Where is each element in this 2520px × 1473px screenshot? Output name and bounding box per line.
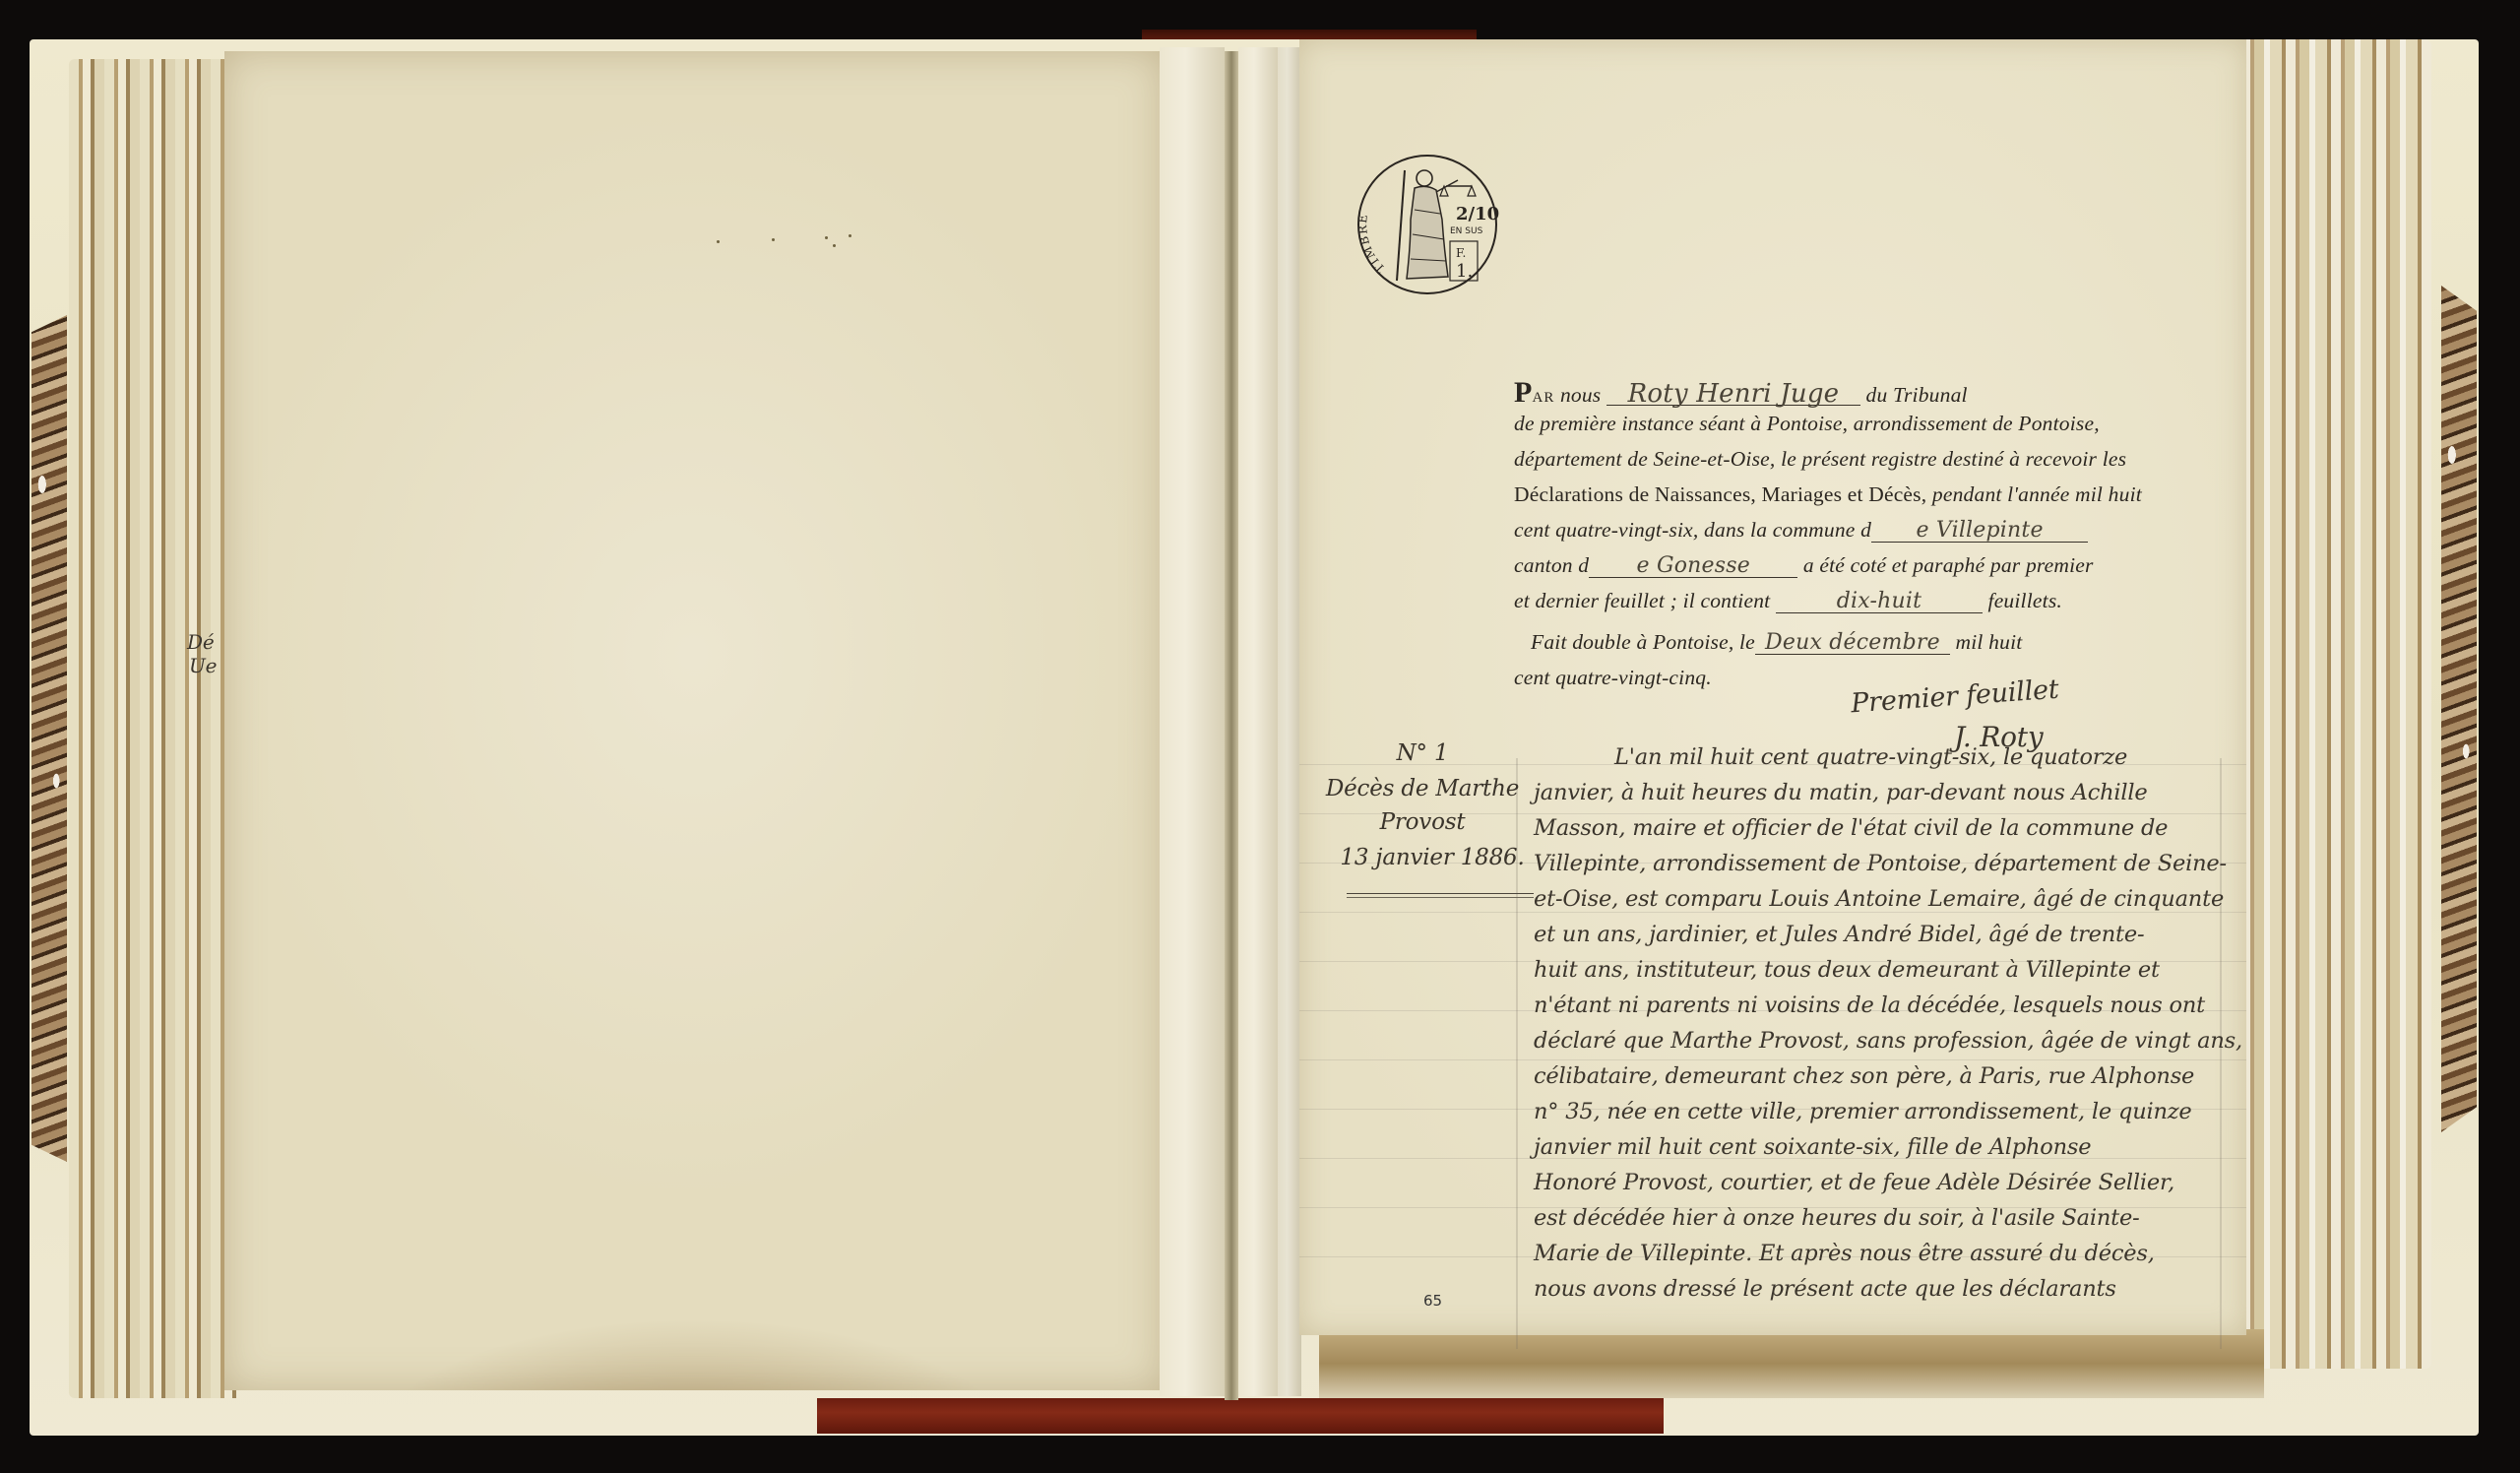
- judge-name-field: Roty Henri Juge: [1606, 383, 1860, 406]
- form-line-4: Déclarations de Naissances, Mariages et …: [1514, 482, 2164, 507]
- act-line: nous avons dressé le présent acte que le…: [1534, 1276, 2116, 1302]
- act-line: Villepinte, arrondissement de Pontoise, …: [1534, 851, 2227, 876]
- form-word: canton d: [1514, 553, 1589, 577]
- stamp-tax-note: EN SUS: [1450, 226, 1483, 236]
- entry-date: 13 janvier 1886.: [1334, 845, 1531, 870]
- margin-rule: [2220, 758, 2222, 1349]
- gutter-flap-left: [1160, 47, 1225, 1396]
- canton-field: e Gonesse: [1589, 555, 1797, 578]
- act-line: Honoré Provost, courtier, et de feue Adè…: [1534, 1170, 2174, 1195]
- act-line: célibataire, demeurant chez son père, à …: [1534, 1063, 2194, 1089]
- act-line: Masson, maire et officier de l'état civi…: [1534, 815, 2168, 841]
- spine-bottom-edge: [817, 1398, 1664, 1434]
- paper-speck: [717, 240, 720, 243]
- gutter-shadow: [1225, 51, 1238, 1400]
- paper-speck: [849, 234, 851, 237]
- entry-name: Provost: [1324, 809, 1521, 835]
- page-stack-right: [2225, 39, 2431, 1369]
- form-word: a été coté et paraphé par premier: [1803, 553, 2094, 577]
- entry-number: N° 1: [1324, 740, 1521, 766]
- paper-speck: [825, 236, 828, 239]
- form-word: du Tribunal: [1866, 383, 1968, 407]
- stamp-unit: F.: [1456, 246, 1466, 260]
- stamp-value: 1.: [1456, 261, 1473, 282]
- page-stack-left: [69, 59, 236, 1398]
- act-line: et-Oise, est comparu Louis Antoine Lemai…: [1534, 886, 2224, 912]
- underlying-pages: [1319, 1329, 2264, 1398]
- paper-speck: [772, 238, 775, 241]
- form-word: cent quatre-vingt-six, dans la commune d: [1514, 518, 1871, 542]
- form-italic-text: pendant l'année mil huit: [1932, 482, 2142, 506]
- form-word: mil huit: [1956, 630, 2023, 654]
- form-line-3: département de Seine-et-Oise, le présent…: [1514, 447, 2164, 472]
- edge-fragment: Ue: [189, 654, 217, 677]
- left-page-blank[interactable]: [224, 51, 1162, 1390]
- form-line-1: PAR nous Roty Henri Juge du Tribunal: [1514, 376, 2164, 410]
- stamp-label: TIMBRE: [1355, 213, 1388, 276]
- form-word: feuillets.: [1988, 589, 2062, 612]
- act-line: déclaré que Marthe Provost, sans profess…: [1534, 1028, 2242, 1054]
- svg-text:TIMBRE: TIMBRE: [1355, 213, 1388, 276]
- edge-fragment: Dé: [187, 630, 214, 654]
- stamp-tax: 2/10: [1456, 204, 1499, 224]
- act-line: huit ans, instituteur, tous deux demeura…: [1534, 957, 2160, 983]
- tax-stamp-icon: TIMBRE 2/10 EN SUS F. 1.: [1354, 151, 1501, 298]
- leaf-count-field: dix-huit: [1776, 591, 1983, 613]
- commune-field: e Villepinte: [1871, 520, 2088, 543]
- drop-letter: P: [1514, 376, 1533, 409]
- act-line: janvier mil huit cent soixante-six, fill…: [1534, 1134, 2091, 1160]
- form-roman-text: Déclarations de Naissances, Mariages et …: [1514, 482, 1926, 506]
- act-line: janvier, à huit heures du matin, par-dev…: [1534, 780, 2148, 805]
- act-line: n'étant ni parents ni voisins de la décé…: [1534, 993, 2205, 1018]
- entry-title: Décès de Marthe: [1324, 776, 1521, 801]
- paper-speck: [833, 244, 836, 247]
- form-word: et dernier feuillet ; il contient: [1514, 589, 1770, 612]
- form-word: nous: [1560, 383, 1601, 407]
- form-line-5: cent quatre-vingt-six, dans la commune d…: [1514, 518, 2164, 543]
- gutter-flap-inner: [1278, 47, 1301, 1396]
- marbled-endpaper-right: [2441, 286, 2477, 1132]
- marbled-endpaper-left: [31, 315, 67, 1162]
- form-line-6: canton de Gonesse a été coté et paraphé …: [1514, 553, 2164, 578]
- page-number: 65: [1423, 1292, 1442, 1310]
- entry-underline: [1347, 893, 1534, 898]
- form-line-7: et dernier feuillet ; il contient dix-hu…: [1514, 589, 2164, 613]
- form-word: Fait double à Pontoise, le: [1531, 630, 1755, 654]
- form-line-8: Fait double à Pontoise, leDeux décembre …: [1531, 630, 2180, 655]
- act-line: Marie de Villepinte. Et après nous être …: [1534, 1241, 2155, 1266]
- form-line-9: cent quatre-vingt-cinq.: [1514, 666, 2164, 690]
- drop-letter-rest: AR: [1533, 390, 1555, 406]
- ruled-line: [1299, 912, 2246, 913]
- ruled-line: [1299, 1059, 2246, 1060]
- act-line: et un ans, jardinier, et Jules André Bid…: [1534, 922, 2144, 947]
- act-line: est décédée hier à onze heures du soir, …: [1534, 1205, 2140, 1231]
- act-line: n° 35, née en cette ville, premier arron…: [1534, 1099, 2192, 1124]
- act-line: L'an mil huit cent quatre-vingt-six, le …: [1614, 744, 2127, 770]
- date-field: Deux décembre: [1755, 632, 1950, 655]
- gutter-flap-right: [1238, 47, 1278, 1396]
- form-line-2: de première instance séant à Pontoise, a…: [1514, 412, 2164, 436]
